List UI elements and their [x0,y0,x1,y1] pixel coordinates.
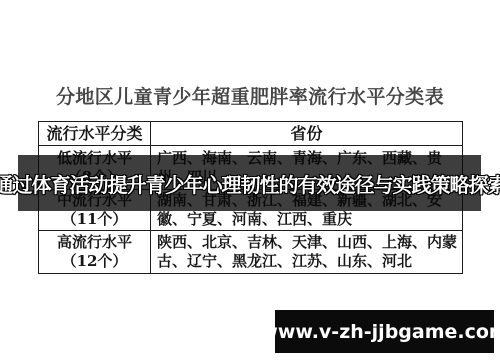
province-cell: 陕西、北京、吉林、天津、山西、上海、内蒙古、辽宁、黑龙江、江苏、山东、河北 [151,231,463,274]
column-header-level: 流行水平分类 [39,122,151,146]
level-count: （11个） [39,210,150,229]
watermark-url: www.v-zh-jjbgame.com [260,321,500,343]
table-header-row: 流行水平分类 省份 [39,122,463,146]
table-row: 高流行水平 （12个） 陕西、北京、吉林、天津、山西、上海、内蒙古、辽宁、黑龙江… [39,231,463,274]
level-name: 高流行水平 [39,233,150,252]
article-image: 分地区儿童青少年超重肥胖率流行水平分类表 流行水平分类 省份 低流行水平 （8个… [0,0,500,362]
level-cell: 高流行水平 （12个） [39,231,151,274]
headline-overlay-text: 通过体育活动提升青少年心理韧性的有效途径与实践策略探索 [0,155,500,211]
watermark: www.v-zh-jjbgame.com [275,310,494,353]
table-title: 分地区儿童青少年超重肥胖率流行水平分类表 [0,84,500,110]
column-header-province: 省份 [151,122,463,146]
level-count: （12个） [39,252,150,271]
